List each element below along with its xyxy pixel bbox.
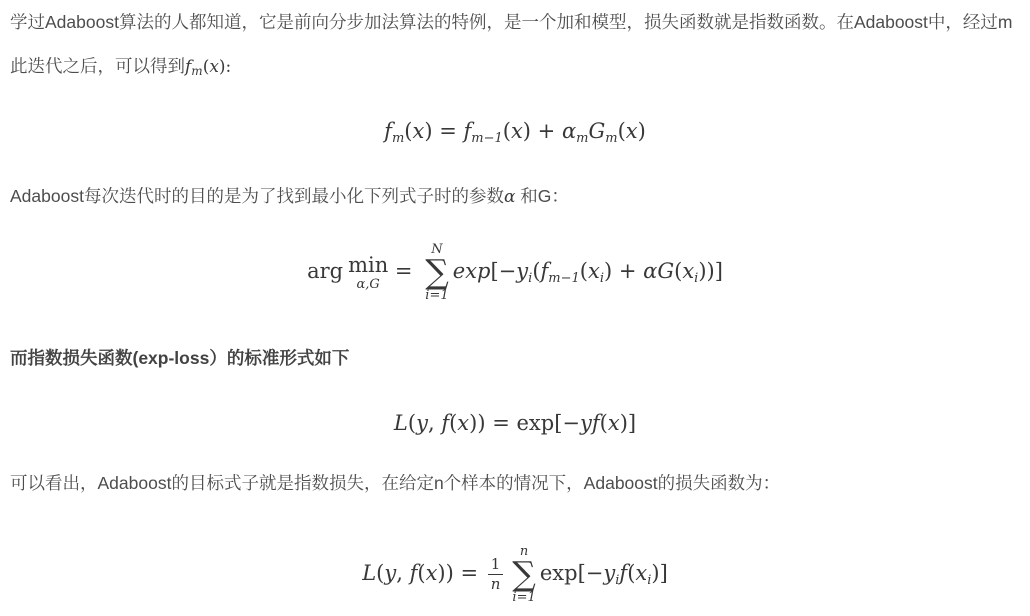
math-token: f	[441, 411, 449, 435]
math-token: i=1	[512, 588, 536, 604]
math-token: ) =	[424, 119, 463, 143]
math-token: x	[588, 259, 600, 283]
math-token: x	[457, 411, 469, 435]
sum-with-limits: N∑i=1	[425, 243, 449, 302]
paragraph-intro-text: 学过Adaboost算法的人都知道，它是前向分步加法算法的特例，是一个加和模型，…	[10, 12, 1012, 76]
math-token: m	[191, 64, 202, 78]
argmin-under-limits: minα,G	[348, 255, 388, 291]
formula-adaboost-loss-math: L(y, f(x)) = 1nn∑i=1exp[−yif(xi)]	[362, 561, 668, 585]
math-token: )	[638, 119, 646, 143]
math-token: =	[388, 259, 419, 283]
paragraph-objective: Adaboost每次迭代时的目的是为了找到最小化下列式子时的参数α 和G：	[10, 174, 1020, 219]
math-token: m−1	[471, 131, 503, 146]
math-token: y	[603, 561, 615, 585]
math-token: [−	[554, 411, 580, 435]
formula-fm-update-math: fm(x) = fm−1(x) + αmGm(x)	[384, 119, 646, 143]
formula-adaboost-loss: L(y, f(x)) = 1nn∑i=1exp[−yif(xi)]	[10, 545, 1020, 604]
math-token: m	[605, 131, 617, 146]
math-token: ,	[428, 411, 441, 435]
math-token: x	[626, 119, 638, 143]
math-token: ) +	[604, 259, 643, 283]
math-token: y	[416, 411, 428, 435]
formula-exp-loss-math: L(y, f(x)) = exp[−yf(x)]	[394, 411, 636, 435]
sum-with-limits: n∑i=1	[512, 545, 536, 604]
math-token: 1	[488, 557, 504, 575]
math-token: [−	[578, 561, 604, 585]
math-token: x	[635, 561, 647, 585]
math-token: m	[392, 131, 404, 146]
paragraph-loss-intro: 可以看出，Adaboost的目标式子就是指数损失，在给定n个样本的情况下，Ada…	[10, 461, 1020, 505]
inline-math-fm: fm(x):	[185, 57, 231, 77]
math-token: m	[576, 131, 588, 146]
math-token: (	[580, 259, 588, 283]
math-token: exp	[453, 259, 491, 283]
math-token: ,	[396, 561, 409, 585]
formula-argmin: argminα,G = N∑i=1exp[−yi(fm−1(xi) + αG(x…	[10, 243, 1020, 302]
math-token: )]	[620, 411, 636, 435]
math-token: f	[384, 119, 392, 143]
sigma-icon: ∑	[512, 560, 536, 588]
math-token: )) =	[469, 411, 516, 435]
math-token: x	[412, 119, 424, 143]
math-token: (	[417, 561, 425, 585]
math-token: (	[408, 411, 416, 435]
formula-exp-loss: L(y, f(x)) = exp[−yf(x)]	[10, 411, 1020, 435]
math-token: x	[511, 119, 523, 143]
article-content: 学过Adaboost算法的人都知道，它是前向分步加法算法的特例，是一个加和模型，…	[10, 0, 1020, 604]
math-token: [−	[490, 259, 516, 283]
math-token: exp	[516, 411, 554, 435]
math-token: yf	[580, 411, 600, 435]
sigma-icon: ∑	[425, 258, 449, 286]
math-token: x	[209, 57, 219, 77]
paragraph-intro: 学过Adaboost算法的人都知道，它是前向分步加法算法的特例，是一个加和模型，…	[10, 0, 1020, 93]
math-token: )]	[651, 561, 667, 585]
math-token: y	[384, 561, 396, 585]
math-token: arg	[307, 259, 343, 283]
math-token: exp	[540, 561, 578, 585]
math-token: min	[348, 255, 388, 276]
fraction-one-over-n: 1n	[488, 557, 504, 592]
formula-fm-update: fm(x) = fm−1(x) + αmGm(x)	[10, 119, 1020, 146]
paragraph-objective-text2: 和G：	[515, 186, 568, 206]
heading-exp-loss: 而指数损失函数(exp-loss）的标准形式如下	[10, 336, 1020, 380]
math-token: y	[516, 259, 528, 283]
formula-argmin-math: argminα,G = N∑i=1exp[−yi(fm−1(xi) + αG(x…	[307, 259, 723, 283]
math-token: ))]	[698, 259, 723, 283]
math-token: )) =	[437, 561, 484, 585]
math-token: α	[562, 119, 576, 143]
math-token: (	[532, 259, 540, 283]
math-token: (	[503, 119, 511, 143]
math-token: n	[488, 575, 504, 592]
math-token: ):	[219, 57, 231, 77]
math-token: L	[394, 411, 408, 435]
math-token: ) +	[523, 119, 562, 143]
math-token: x	[608, 411, 620, 435]
math-token: x	[426, 561, 438, 585]
math-token: G	[588, 119, 605, 143]
math-token: x	[682, 259, 694, 283]
math-token: m−1	[548, 271, 580, 286]
math-token: α,G	[348, 276, 388, 291]
paragraph-objective-text: Adaboost每次迭代时的目的是为了找到最小化下列式子时的参数	[10, 186, 504, 206]
math-token: L	[362, 561, 376, 585]
math-token: (	[600, 411, 608, 435]
inline-math-alpha: α	[504, 187, 515, 207]
math-token: αG	[643, 259, 674, 283]
math-token: (	[618, 119, 626, 143]
math-token: i=1	[425, 286, 449, 302]
